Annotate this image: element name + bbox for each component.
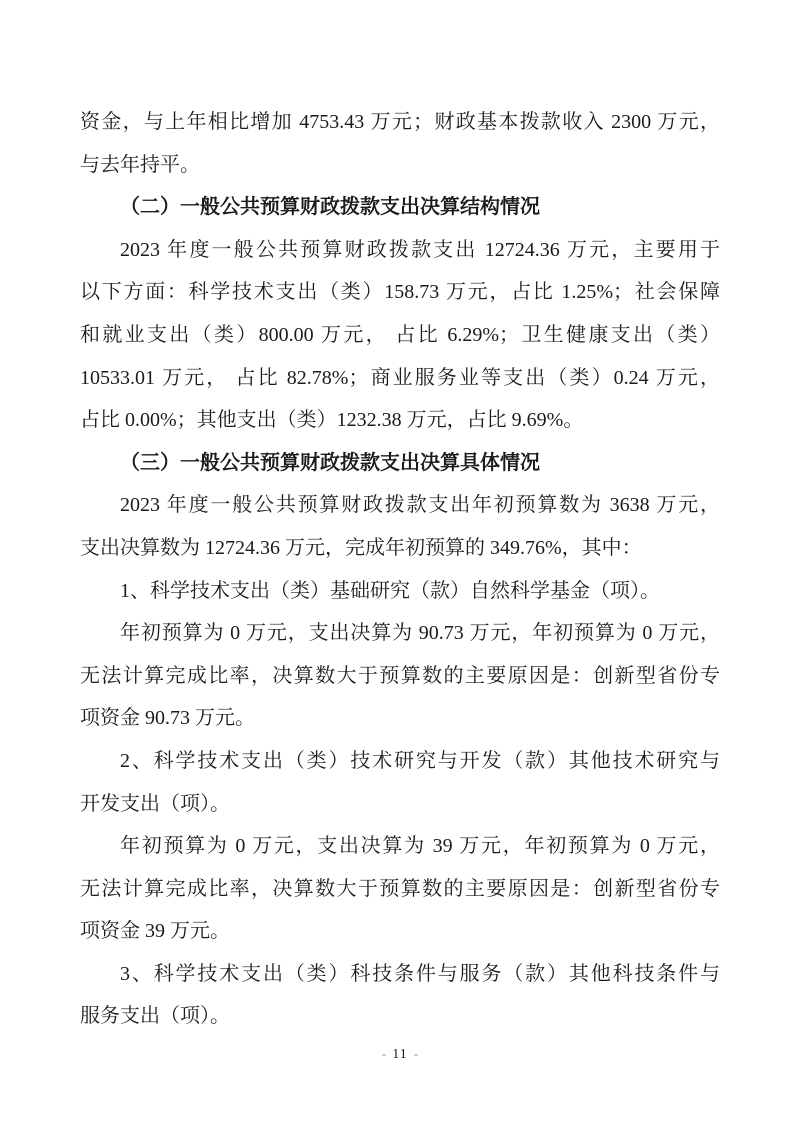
section-heading: （二）一般公共预算财政拨款支出决算结构情况: [80, 186, 720, 229]
text-line: 无法计算完成比率，决算数大于预算数的主要原因是：创新型省份专: [80, 655, 720, 698]
text-line: 占比 0.00%；其他支出（类）1232.38 万元，占比 9.69%。: [80, 399, 720, 442]
text-line: 无法计算完成比率，决算数大于预算数的主要原因是：创新型省份专: [80, 868, 720, 911]
page-footer: -11-: [0, 1044, 800, 1066]
text-line: 项资金 39 万元。: [80, 910, 720, 953]
text-line: 10533.01 万元， 占比 82.78%；商业服务业等支出（类）0.24 万…: [80, 357, 720, 400]
text-line: 项资金 90.73 万元。: [80, 697, 720, 740]
text-line: 2、科学技术支出（类）技术研究与开发（款）其他技术研究与: [80, 740, 720, 783]
page-number-dash-left: -: [376, 1047, 393, 1062]
text-line: 和就业支出（类）800.00 万元， 占比 6.29%；卫生健康支出（类）: [80, 314, 720, 357]
page-number: 11: [392, 1047, 407, 1062]
page-content: 资金，与上年相比增加 4753.43 万元；财政基本拨款收入 2300 万元，与…: [80, 101, 720, 1038]
text-line: 2023 年度一般公共预算财政拨款支出年初预算数为 3638 万元，: [80, 484, 720, 527]
text-line: 以下方面：科学技术支出（类）158.73 万元，占比 1.25%；社会保障: [80, 271, 720, 314]
page-number-dash-right: -: [408, 1047, 425, 1062]
text-line: 2023 年度一般公共预算财政拨款支出 12724.36 万元，主要用于: [80, 229, 720, 272]
text-line: 开发支出（项）。: [80, 783, 720, 826]
text-line: 3、科学技术支出（类）科技条件与服务（款）其他科技条件与: [80, 953, 720, 996]
text-line: 资金，与上年相比增加 4753.43 万元；财政基本拨款收入 2300 万元，: [80, 101, 720, 144]
text-line: 年初预算为 0 万元，支出决算为 90.73 万元，年初预算为 0 万元，: [80, 612, 720, 655]
text-line: 支出决算数为 12724.36 万元，完成年初预算的 349.76%，其中：: [80, 527, 720, 570]
document-page: 资金，与上年相比增加 4753.43 万元；财政基本拨款收入 2300 万元，与…: [0, 0, 800, 1131]
text-line: 年初预算为 0 万元，支出决算为 39 万元，年初预算为 0 万元，: [80, 825, 720, 868]
text-line: 1、科学技术支出（类）基础研究（款）自然科学基金（项）。: [80, 570, 720, 613]
text-line: 与去年持平。: [80, 144, 720, 187]
section-heading: （三）一般公共预算财政拨款支出决算具体情况: [80, 442, 720, 485]
text-line: 服务支出（项）。: [80, 995, 720, 1038]
